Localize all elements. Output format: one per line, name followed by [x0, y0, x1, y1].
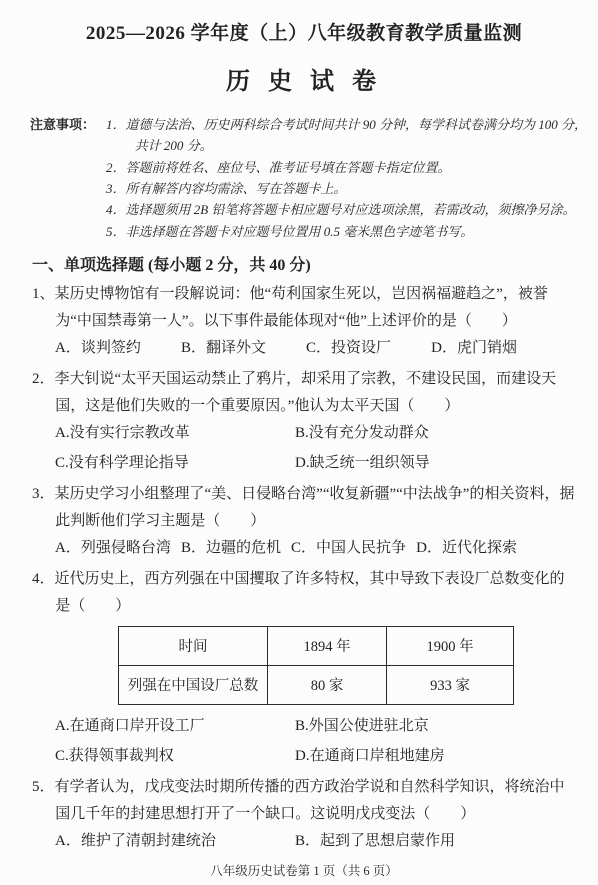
notice-item-1: 1．道德与法治、历史两科综合考试时间共计 90 分钟，每学科试卷满分均为 100… [106, 114, 590, 157]
table-row: 列强在中国设厂总数 80 家 933 家 [119, 665, 514, 704]
question-2-option-a: A.没有实行宗教改革 [55, 420, 295, 447]
notice-section: 注意事项： 1．道德与法治、历史两科综合考试时间共计 90 分钟，每学科试卷满分… [30, 114, 590, 242]
table-cell-count-label: 列强在中国设厂总数 [119, 665, 268, 704]
notice-items: 1．道德与法治、历史两科综合考试时间共计 90 分钟，每学科试卷满分均为 100… [106, 114, 590, 242]
question-1-stem: 1、某历史博物馆有一段解说词：他“苟利国家生死以，岂因祸福避趋之”，被誉为“中国… [32, 281, 576, 335]
table-cell-time-header: 时间 [119, 626, 268, 665]
table-row: 时间 1894 年 1900 年 [119, 626, 514, 665]
page-title: 2025—2026 学年度（上）八年级教育教学质量监测 [32, 18, 576, 45]
question-4-stem: 4．近代历史上，西方列强在中国攫取了许多特权，其中导致下表设厂总数变化的是（ ） [32, 566, 576, 620]
question-3-option-b: B．边疆的危机 [181, 535, 281, 562]
question-3-options: A．列强侵略台湾 B．边疆的危机 C．中国人民抗争 D．近代化探索 [55, 535, 517, 562]
page-subtitle: 历 史 试 卷 [32, 61, 576, 96]
question-4-option-d: D.在通商口岸租地建房 [295, 743, 576, 770]
question-4: 4．近代历史上，西方列强在中国攫取了许多特权，其中导致下表设厂总数变化的是（ ）… [32, 566, 576, 770]
question-2: 2．李大钊说“太平天国运动禁止了鸦片，却采用了宗教，不建设民国，而建设天国，这是… [32, 366, 576, 477]
table-cell-count-1900: 933 家 [387, 665, 514, 704]
question-2-option-c: C.没有科学理论指导 [55, 450, 295, 477]
question-3-stem: 3．某历史学习小组整理了“美、日侵略台湾”“收复新疆”“中法战争”的相关资料，据… [32, 481, 576, 535]
question-1-option-c: C．投资设厂 [306, 335, 391, 362]
exam-paper-page: 2025—2026 学年度（上）八年级教育教学质量监测 历 史 试 卷 注意事项… [0, 0, 598, 885]
question-1-option-b: B．翻译外文 [181, 335, 266, 362]
section-heading: 一、单项选择题 (每小题 2 分，共 40 分) [32, 252, 576, 275]
page-footer: 八年级历史试卷第 1 页（共 6 页） [32, 861, 576, 879]
notice-item-2: 2．答题前将姓名、座位号、准考证号填在答题卡指定位置。 [106, 157, 590, 178]
question-1-options: A．谈判签约 B．翻译外文 C．投资设厂 D．虎门销烟 [55, 335, 517, 362]
table-cell-year-1894: 1894 年 [268, 626, 387, 665]
question-4-option-b: B.外国公使进驻北京 [295, 713, 576, 740]
question-2-stem: 2．李大钊说“太平天国运动禁止了鸦片，却采用了宗教，不建设民国，而建设天国，这是… [32, 366, 576, 420]
question-3: 3．某历史学习小组整理了“美、日侵略台湾”“收复新疆”“中法战争”的相关资料，据… [32, 481, 576, 562]
notice-item-4: 4．选择题须用 2B 铅笔将答题卡相应题号对应选项涂黑，若需改动，须擦净另涂。 [106, 199, 590, 220]
question-5: 5．有学者认为，戊戌变法时期所传播的西方政治学说和自然科学知识，将统治中国几千年… [32, 774, 576, 855]
question-4-option-a: A.在通商口岸开设工厂 [55, 713, 295, 740]
question-5-option-a: A．维护了清朝封建统治 [55, 828, 295, 855]
question-2-option-b: B.没有充分发动群众 [295, 420, 576, 447]
question-5-options: A．维护了清朝封建统治 B．起到了思想启蒙作用 [55, 828, 576, 855]
question-3-option-a: A．列强侵略台湾 [55, 535, 171, 562]
question-4-options: A.在通商口岸开设工厂 B.外国公使进驻北京 C.获得领事裁判权 D.在通商口岸… [55, 713, 576, 770]
question-4-option-c: C.获得领事裁判权 [55, 743, 295, 770]
question-5-stem: 5．有学者认为，戊戌变法时期所传播的西方政治学说和自然科学知识，将统治中国几千年… [32, 774, 576, 828]
notice-item-5: 5．非选择题在答题卡对应题号位置用 0.5 毫米黑色字迹笔书写。 [106, 221, 590, 242]
factory-count-table: 时间 1894 年 1900 年 列强在中国设厂总数 80 家 933 家 [118, 626, 514, 705]
question-1-option-d: D．虎门销烟 [431, 335, 517, 362]
table-cell-count-1894: 80 家 [268, 665, 387, 704]
question-2-options: A.没有实行宗教改革 B.没有充分发动群众 C.没有科学理论指导 D.缺乏统一组… [55, 420, 576, 477]
notice-item-3: 3．所有解答内容均需涂、写在答题卡上。 [106, 178, 590, 199]
table-cell-year-1900: 1900 年 [387, 626, 514, 665]
question-2-option-d: D.缺乏统一组织领导 [295, 450, 576, 477]
notice-label: 注意事项： [30, 114, 106, 242]
question-1: 1、某历史博物馆有一段解说词：他“苟利国家生死以，岂因祸福避趋之”，被誉为“中国… [32, 281, 576, 362]
question-3-option-d: D．近代化探索 [416, 535, 517, 562]
question-3-option-c: C．中国人民抗争 [291, 535, 406, 562]
question-5-option-b: B．起到了思想启蒙作用 [295, 828, 576, 855]
question-1-option-a: A．谈判签约 [55, 335, 141, 362]
